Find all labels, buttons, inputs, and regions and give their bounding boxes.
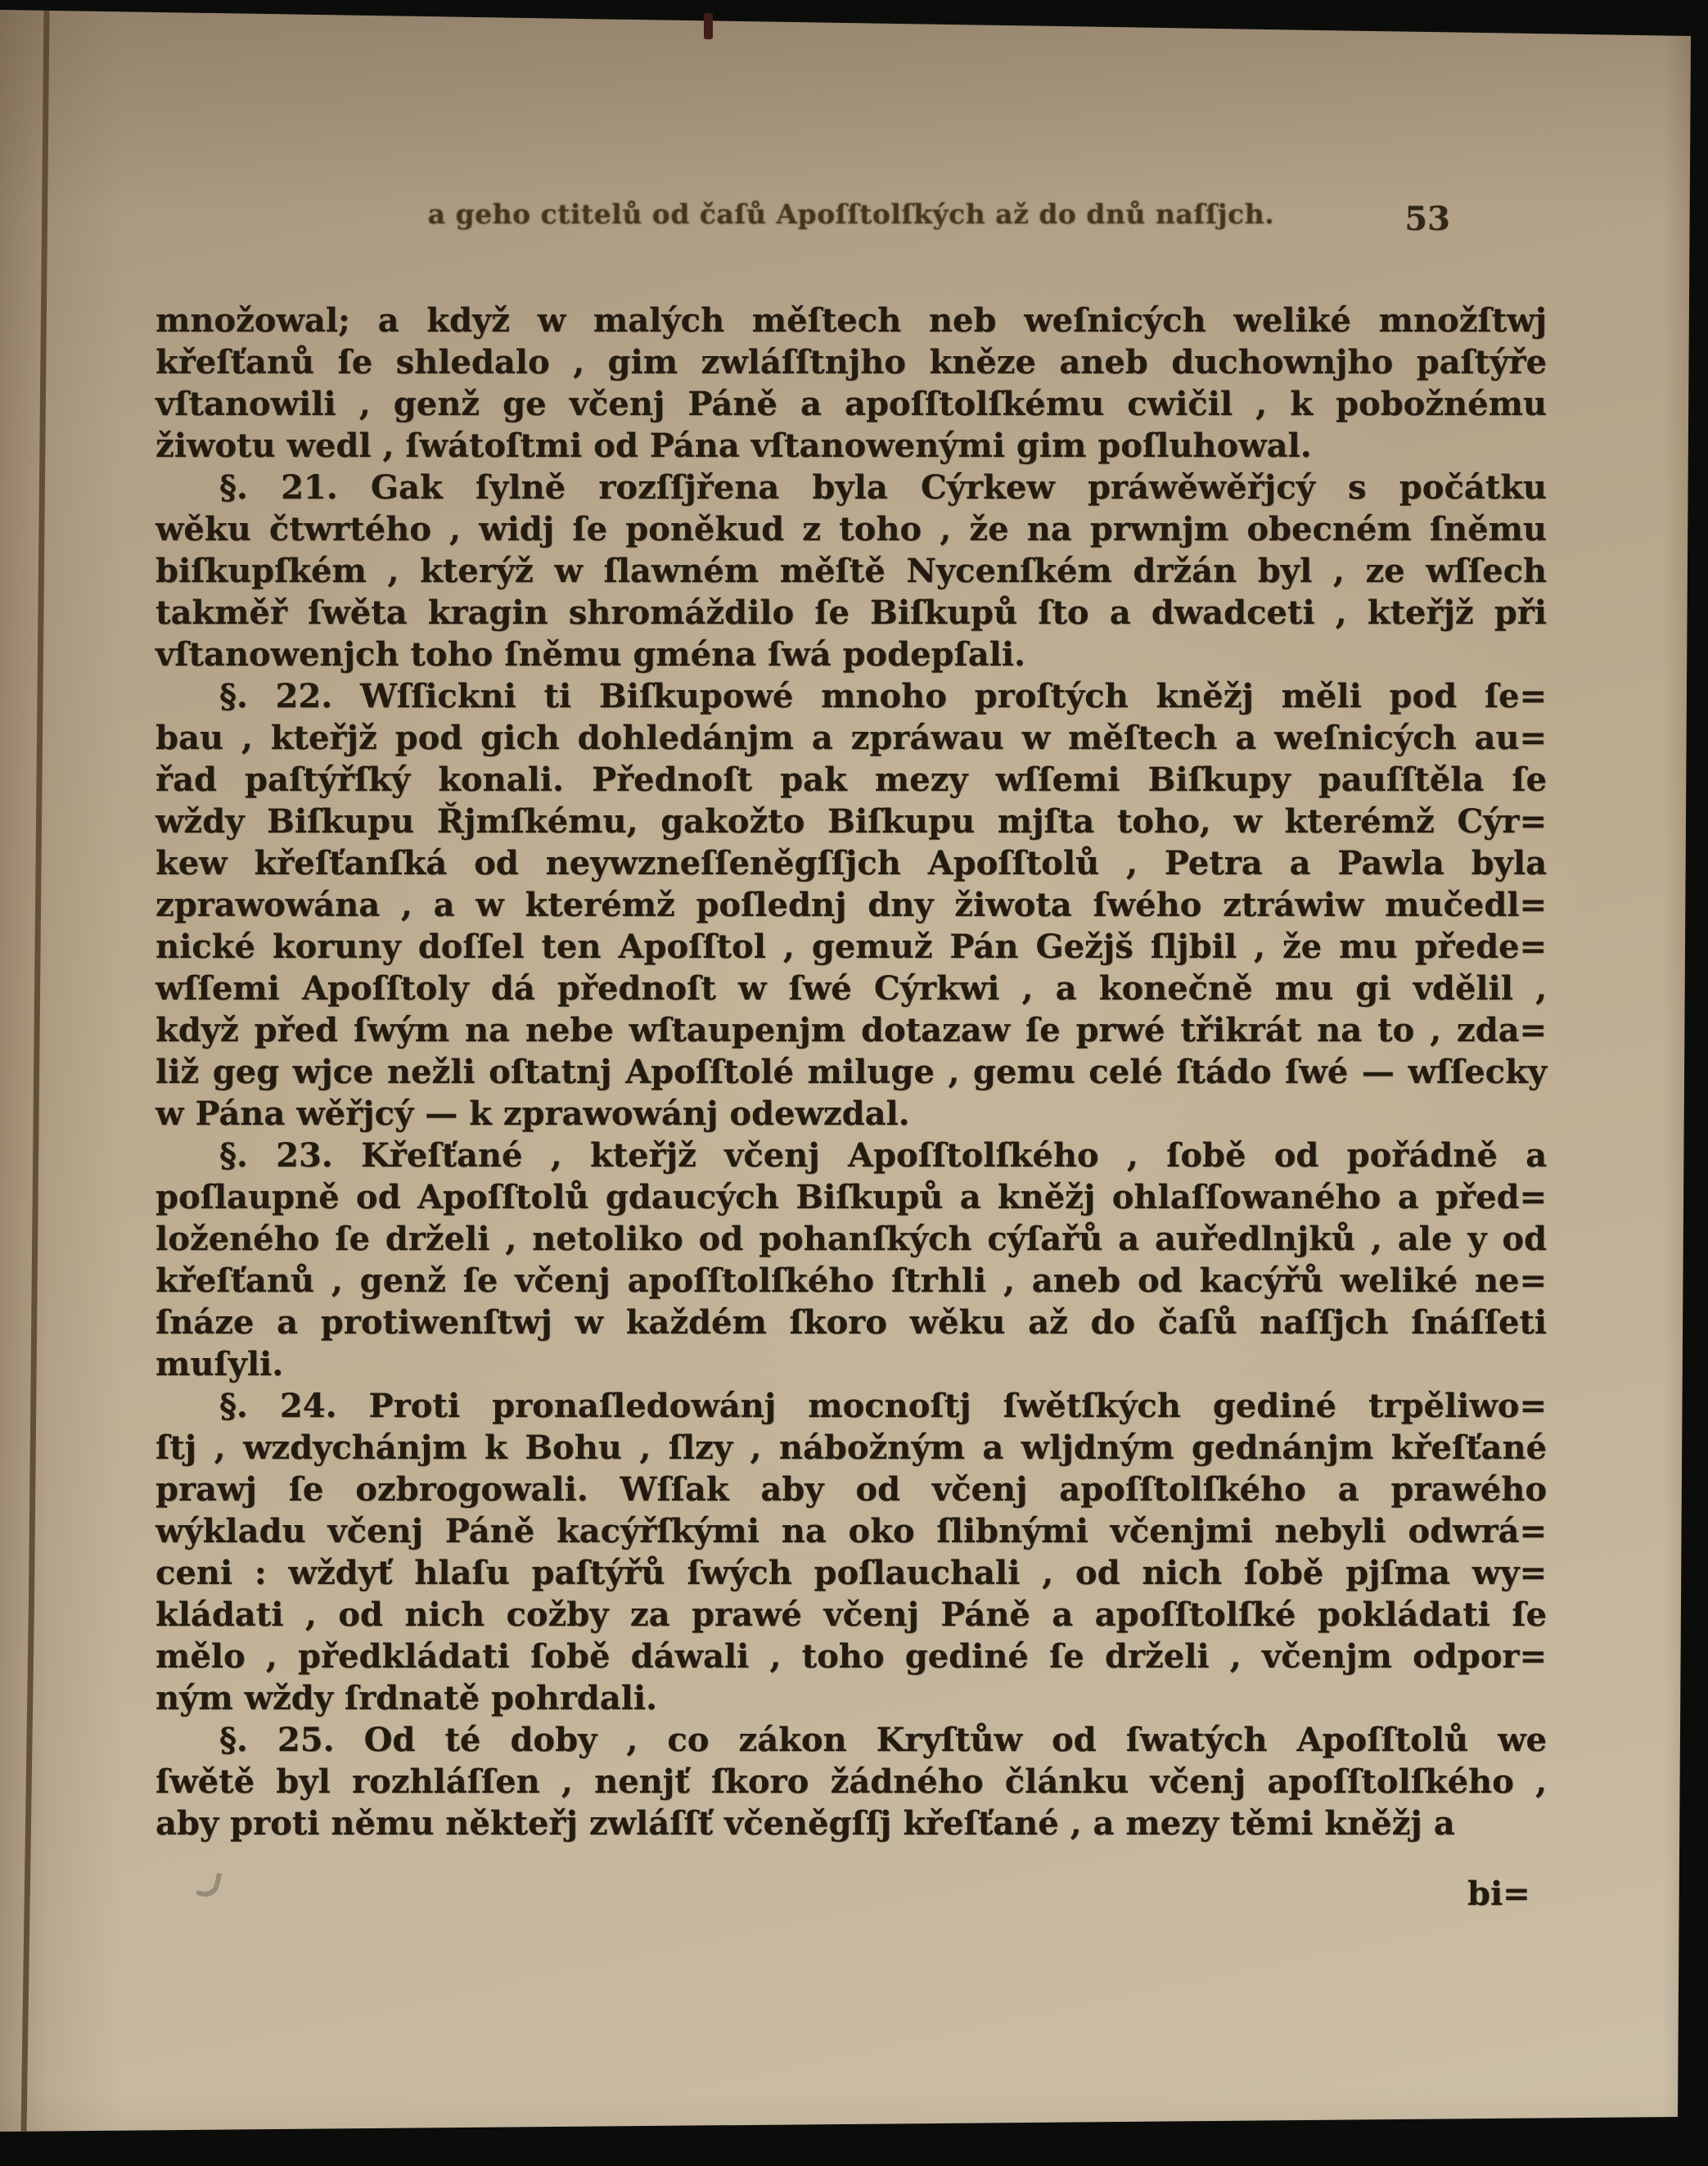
text-line: nické koruny doſſel ten Apoſſtol , gemuž…	[155, 926, 1547, 968]
text-line: kew křeſťanſká od neywzneſſeněgſſjch Apo…	[155, 842, 1547, 884]
text-line: §. 22. Wſſickni ti Biſkupowé mnoho proſt…	[155, 675, 1547, 717]
text-line: §. 21. Gak ſylně rozſſjřena byla Cýrkew …	[155, 467, 1547, 508]
text-line: mělo , předkládati ſobě dáwali , toho ge…	[155, 1636, 1547, 1677]
text-line: ſwětě byl rozhláſſen , nenjť ſkoro žádné…	[155, 1761, 1547, 1803]
text-line: ſtj , wzdychánjm k Bohu , ſlzy , nábožný…	[155, 1427, 1547, 1469]
text-line: takměř ſwěta kragin shromáždilo ſe Biſku…	[155, 592, 1547, 634]
text-line: vſtanowili , genž ge včenj Páně a apoſſt…	[155, 383, 1547, 425]
text-line: množowal; a když w malých měſtech neb we…	[155, 300, 1547, 341]
text-line: žiwotu wedl , ſwátoſtmi od Pána vſtanowe…	[155, 425, 1547, 467]
running-header: a geho ctitelů od čaſů Apoſſtolſkých až …	[155, 198, 1547, 230]
book-page: a geho ctitelů od čaſů Apoſſtolſkých až …	[0, 0, 1708, 2166]
text-line: křeſťanů ſe shledalo , gim zwláſſtnjho k…	[155, 341, 1547, 383]
red-ink-mark	[704, 13, 713, 39]
text-line: muſyli.	[155, 1343, 1547, 1385]
text-line: poſlaupně od Apoſſtolů gdaucých Biſkupů …	[155, 1176, 1547, 1218]
text-line: řad paſtýřſký konali. Přednoſt pak mezy …	[155, 759, 1547, 801]
text-line: §. 23. Křeſťané , kteřjž včenj Apoſſtolſ…	[155, 1135, 1547, 1176]
text-line: biſkupſkém , kterýž w ſlawném měſtě Nyce…	[155, 550, 1547, 592]
text-line: křeſťanů , genž ſe včenj apoſſtolſkého ſ…	[155, 1260, 1547, 1302]
text-line: ſnáze a protiwenſtwj w každém ſkoro wěku…	[155, 1302, 1547, 1343]
text-line: w Pána wěřjcý — k zprawowánj odewzdal.	[155, 1093, 1547, 1135]
text-line: wěku čtwrtého , widj ſe poněkud z toho ,…	[155, 508, 1547, 550]
text-block: množowal; a když w malých měſtech neb we…	[155, 300, 1547, 1844]
text-line: loženého ſe drželi , netoliko od pohanſk…	[155, 1218, 1547, 1260]
text-line: ným wždy ſrdnatě pohrdali.	[155, 1677, 1547, 1719]
text-line: §. 24. Proti pronaſledowánj mocnoſtj ſwě…	[155, 1385, 1547, 1427]
text-line: kládati , od nich cožby za prawé včenj P…	[155, 1594, 1547, 1636]
running-header-row: a geho ctitelů od čaſů Apoſſtolſkých až …	[155, 198, 1547, 255]
page-number: 53	[1404, 200, 1450, 238]
text-line: prawj ſe ozbrogowali. Wſſak aby od včenj…	[155, 1469, 1547, 1510]
text-line: zprawowána , a w kterémž poſlednj dny ži…	[155, 884, 1547, 926]
text-line: liž geg wjce nežli oſtatnj Apoſſtolé mil…	[155, 1051, 1547, 1093]
text-line: aby proti němu někteřj zwláſſť včeněgſſj…	[155, 1803, 1547, 1844]
text-line: ceni : wždyť hlaſu paſtýřů ſwých poſlauc…	[155, 1552, 1547, 1594]
text-line: bau , kteřjž pod gich dohledánjm a zpráw…	[155, 717, 1547, 759]
text-line: když před ſwým na nebe wſtaupenjm dotaza…	[155, 1009, 1547, 1051]
text-line: vſtanowenjch toho ſněmu gména ſwá podepſ…	[155, 634, 1547, 675]
text-line: wýkladu včenj Páně kacýřſkými na oko ſli…	[155, 1510, 1547, 1552]
text-line: §. 25. Od té doby , co zákon Kryſtůw od …	[155, 1719, 1547, 1761]
text-line: wſſemi Apoſſtoly dá přednoſt w ſwé Cýrkw…	[155, 968, 1547, 1009]
catchword: bi=	[1467, 1875, 1530, 1913]
text-line: wždy Biſkupu Řjmſkému, gakožto Biſkupu m…	[155, 801, 1547, 842]
